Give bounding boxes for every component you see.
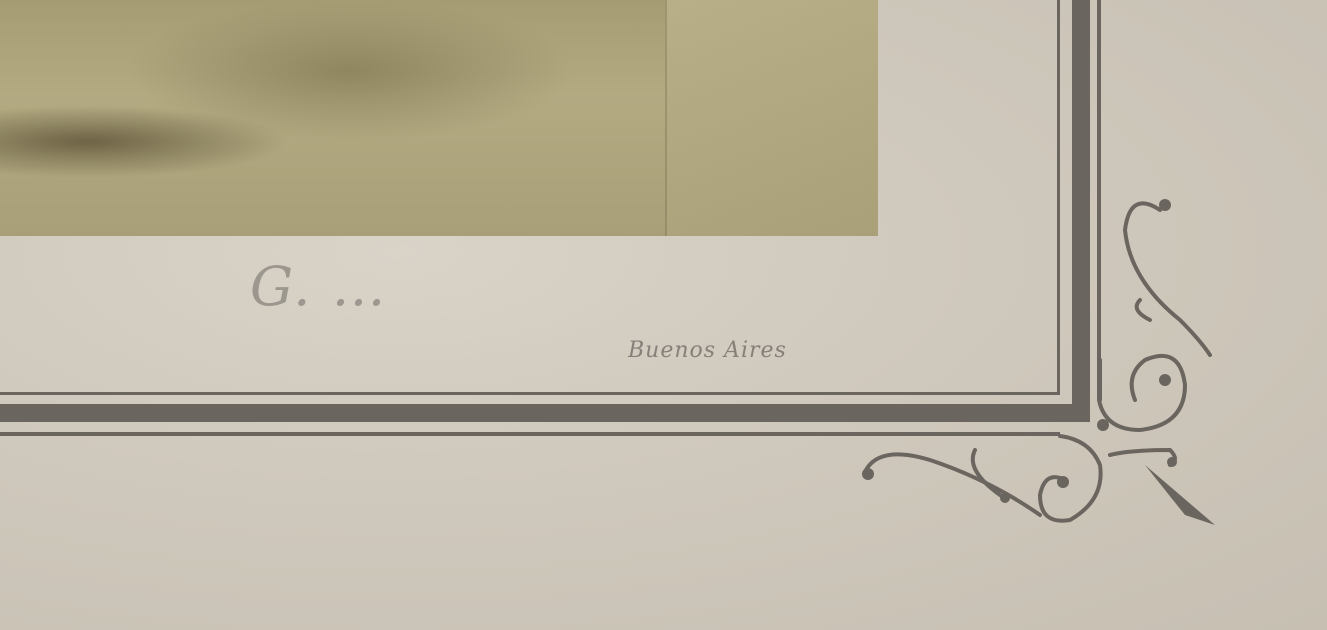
- corner-ornament-icon: [0, 0, 1327, 630]
- photographer-signature: G. …: [250, 255, 388, 318]
- signature-location: Buenos Aires: [628, 338, 787, 363]
